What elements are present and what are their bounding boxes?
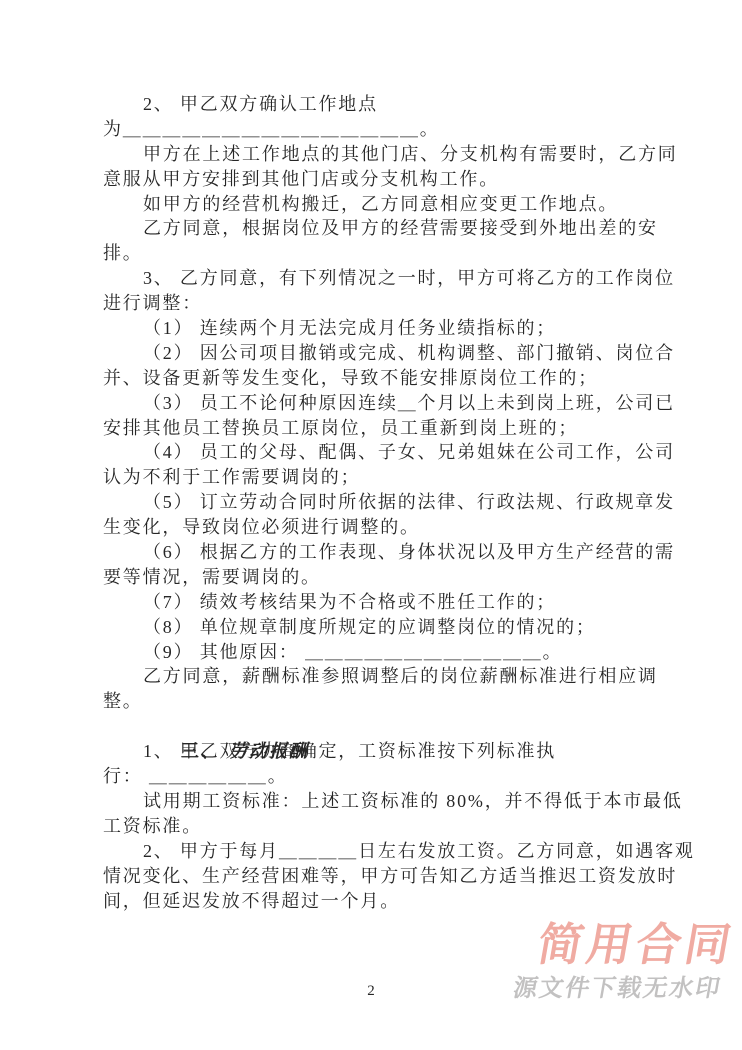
contract-line: 乙方同意，根据岗位及甲方的经营需要接受到外地出差的安	[103, 216, 703, 241]
contract-clause-6: （6） 根据乙方的工作表现、身体状况以及甲方生产经营的需	[103, 540, 703, 565]
watermark-title: 简用合同	[533, 908, 740, 973]
contract-clause-1: （1） 连续两个月无法完成月任务业绩指标的；	[103, 316, 703, 341]
contract-line: 并、设备更新等发生变化，导致不能安排原岗位工作的；	[103, 366, 703, 391]
contract-page: 2、 甲乙双方确认工作地点 为＿＿＿＿＿＿＿＿＿＿＿＿＿＿＿。 甲方在上述工作地…	[0, 0, 742, 1050]
contract-line: 进行调整：	[103, 291, 703, 316]
watermark-subtitle: 源文件下载无水印	[511, 968, 725, 1003]
contract-clause-7: （7） 绩效考核结果为不合格或不胜任工作的；	[103, 590, 703, 615]
contract-line: 整。	[103, 689, 703, 714]
contract-line: 认为不利于工作需要调岗的；	[103, 465, 703, 490]
contract-line: 如甲方的经营机构搬迁，乙方同意相应变更工作地点。	[103, 192, 703, 217]
contract-clause-3: （3） 员工不论何种原因连续＿个月以上未到岗上班，公司已	[103, 391, 703, 416]
contract-line: 工资标准。	[103, 814, 703, 839]
contract-line: 乙方同意，薪酬标准参照调整后的岗位薪酬标准进行相应调	[103, 664, 703, 689]
contract-clause-8: （8） 单位规章制度所规定的应调整岗位的情况的；	[103, 615, 703, 640]
contract-line: 甲方在上述工作地点的其他门店、分支机构有需要时，乙方同	[103, 142, 703, 167]
contract-line-blank-workplace: 为＿＿＿＿＿＿＿＿＿＿＿＿＿＿＿。	[103, 117, 703, 142]
contract-line: 要等情况，需要调岗的。	[103, 565, 703, 590]
contract-line-blank-salary: 行： ＿＿＿＿＿＿。	[103, 764, 703, 789]
section-heading-labor-pay: 三、劳动报酬	[103, 714, 703, 739]
contract-line: 安排其他员工替换员工原岗位，员工重新到岗上班的；	[103, 416, 703, 441]
contract-line: 意服从甲方安排到其他门店或分支机构工作。	[103, 167, 703, 192]
contract-line: 排。	[103, 241, 703, 266]
contract-line: 试用期工资标准：上述工资标准的 80%，并不得低于本市最低	[103, 789, 703, 814]
contract-body: 2、 甲乙双方确认工作地点 为＿＿＿＿＿＿＿＿＿＿＿＿＿＿＿。 甲方在上述工作地…	[103, 92, 703, 913]
contract-line-blank-payday: 2、 甲方于每月＿＿＿＿日左右发放工资。乙方同意，如遇客观	[103, 839, 703, 864]
contract-clause-5: （5） 订立劳动合同时所依据的法律、行政法规、行政规章发	[103, 490, 703, 515]
contract-line: 3、 乙方同意，有下列情况之一时，甲方可将乙方的工作岗位	[103, 266, 703, 291]
contract-line: 1、 甲乙双方协商确定，工资标准按下列标准执	[103, 739, 703, 764]
contract-clause-2: （2） 因公司项目撤销或完成、机构调整、部门撤销、岗位合	[103, 341, 703, 366]
contract-line: 情况变化、生产经营困难等，甲方可告知乙方适当推迟工资发放时	[103, 864, 703, 889]
contract-clause-9-blank: （9） 其他原因： ＿＿＿＿＿＿＿＿＿＿＿＿。	[103, 640, 703, 665]
contract-line: 生变化，导致岗位必须进行调整的。	[103, 515, 703, 540]
contract-line: 2、 甲乙双方确认工作地点	[103, 92, 703, 117]
contract-clause-4: （4） 员工的父母、配偶、子女、兄弟姐妹在公司工作，公司	[103, 440, 703, 465]
